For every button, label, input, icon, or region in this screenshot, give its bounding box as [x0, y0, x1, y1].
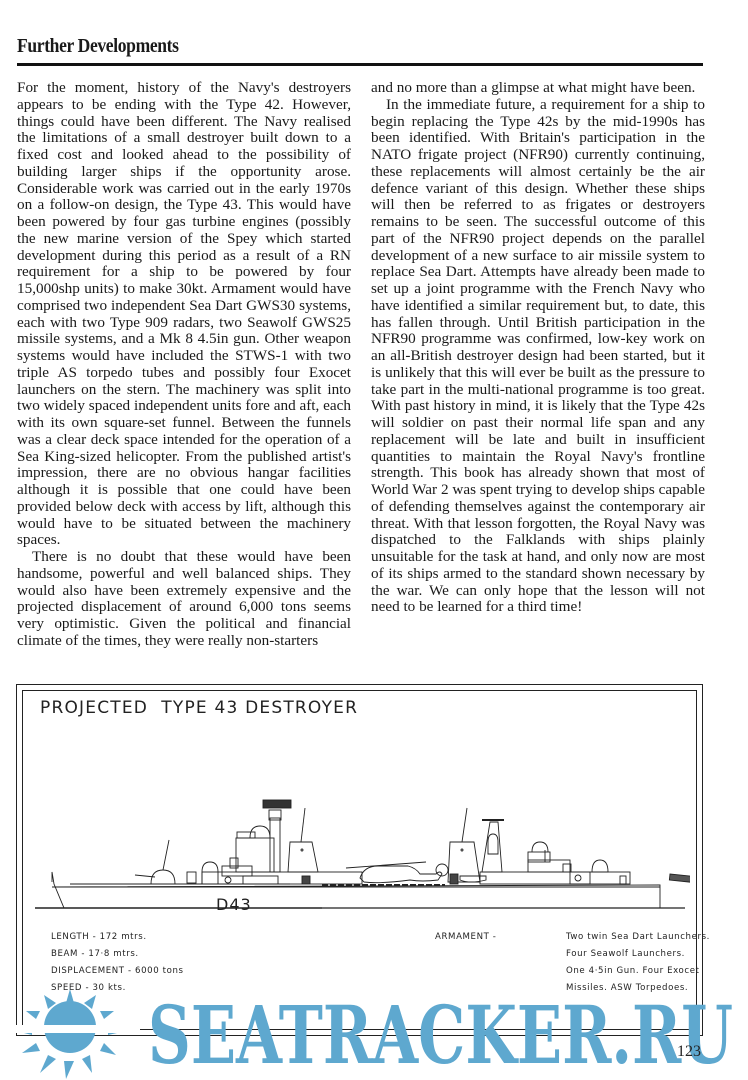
spec-beam: BEAM - 17·8 mtrs.	[51, 949, 184, 966]
pennant-number: D43	[216, 895, 252, 914]
paragraph: In the immediate future, a requirement f…	[371, 97, 705, 616]
heading-rule	[17, 63, 703, 66]
spec-displacement: DISPLACEMENT - 6000 tons	[51, 966, 184, 983]
paragraph: There is no doubt that these would have …	[17, 549, 351, 650]
paragraph: For the moment, history of the Navy's de…	[17, 80, 351, 549]
watermark-text: SEATRACKER.RU	[148, 988, 733, 1080]
paragraph: and no more than a glimpse at what might…	[371, 80, 705, 97]
sun-icon	[16, 989, 126, 1079]
armament-line: One 4·5in Gun. Four Exocet	[566, 966, 700, 983]
watermark-logo: SEATRACKER.RU	[0, 985, 748, 1080]
left-column: For the moment, history of the Navy's de…	[17, 80, 351, 650]
page-number: 123	[677, 1043, 701, 1061]
armament-label: ARMAMENT -	[435, 932, 566, 949]
ship-profile-drawing	[30, 780, 690, 920]
diagram-title: PROJECTED TYPE 43 DESTROYER	[40, 698, 358, 718]
armament-line: Four Seawolf Launchers.	[566, 949, 685, 966]
armament-line: Two twin Sea Dart Launchers.	[566, 932, 710, 949]
section-title: Further Developments	[17, 36, 179, 58]
spec-length: LENGTH - 172 mtrs.	[51, 932, 184, 949]
right-column: and no more than a glimpse at what might…	[371, 80, 705, 616]
